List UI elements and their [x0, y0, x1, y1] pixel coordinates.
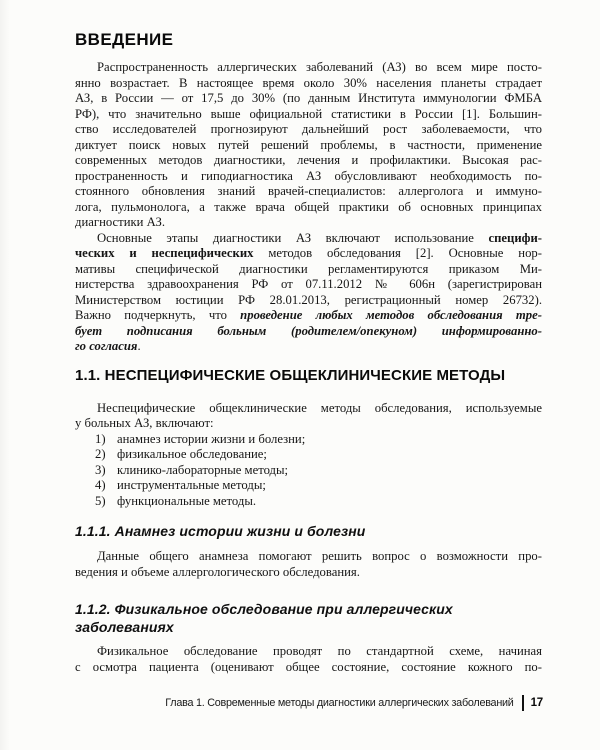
- list-item-number: 1): [95, 432, 117, 448]
- text-line: мативы специфической диагностики регламе…: [75, 262, 542, 278]
- subsection-1-1-2-heading: 1.1.2. Физикальное обследование при алле…: [75, 600, 542, 636]
- text-line: Физикальное обследование проводят по ста…: [75, 644, 542, 660]
- footer-divider: [522, 695, 524, 711]
- footer-chapter-title: Глава 1. Современные методы диагностики …: [165, 697, 513, 709]
- intro-paragraph-2: Основные этапы диагностики АЗ включают и…: [75, 231, 542, 355]
- text-line: с осмотра пациента (оценивают общее сост…: [75, 660, 542, 676]
- text-line: Распространенность аллергических заболев…: [75, 60, 542, 76]
- text-line: диктует поиск новых путей решений пробле…: [75, 138, 542, 154]
- intro-paragraph-1: Распространенность аллергических заболев…: [75, 60, 542, 231]
- physical-exam-paragraph: Физикальное обследование проводят по ста…: [75, 644, 542, 675]
- list-item-text: инструментальные методы;: [117, 478, 266, 492]
- list-item-text: функциональные методы.: [117, 494, 256, 508]
- section-intro-paragraph: Неспецифические общеклинические методы о…: [75, 401, 542, 432]
- text-line: Данные общего анамнеза помогают решить в…: [75, 549, 542, 565]
- text-line: Основные этапы диагностики АЗ включают и…: [75, 231, 542, 247]
- list-item-number: 3): [95, 463, 117, 479]
- list-item-number: 2): [95, 447, 117, 463]
- text-line: ство исследователей прогнозируют дальней…: [75, 122, 542, 138]
- list-item: 3)клинико-лабораторные методы;: [75, 463, 542, 479]
- text-line: современных методов диагностики, лечения…: [75, 153, 542, 169]
- text-line: го согласия.: [75, 339, 542, 355]
- text-line: диагностики АЗ.: [75, 215, 542, 231]
- page-number: 17: [531, 697, 543, 709]
- text-line: пространенность и гиподиагностика АЗ обу…: [75, 169, 542, 185]
- list-item-text: клинико-лабораторные методы;: [117, 463, 288, 477]
- list-item: 5)функциональные методы.: [75, 494, 542, 510]
- text-line: АЗ, в России — от 17,5 до 30% (по данным…: [75, 91, 542, 107]
- subsection-heading-line-1: 1.1.2. Физикальное обследование при алле…: [75, 600, 542, 618]
- text-line: нистерства здравоохранения РФ от 07.11.2…: [75, 277, 542, 293]
- list-item-number: 4): [95, 478, 117, 494]
- subsection-1-1-1-heading: 1.1.1. Анамнез истории жизни и болезни: [75, 522, 542, 540]
- list-item: 2)физикальное обследование;: [75, 447, 542, 463]
- chapter-title: ВВЕДЕНИЕ: [75, 30, 542, 50]
- text-line: Министерством юстиции РФ 28.01.2013, рег…: [75, 293, 542, 309]
- page-edge-shadow: [0, 0, 10, 750]
- list-item-text: физикальное обследование;: [117, 447, 267, 461]
- methods-list: 1)анамнез истории жизни и болезни; 2)физ…: [75, 432, 542, 510]
- list-item-number: 5): [95, 494, 117, 510]
- text-line: Важно подчеркнуть, что проведение любых …: [75, 308, 542, 324]
- page-content: ВВЕДЕНИЕ Распространенность аллергически…: [75, 0, 542, 675]
- scanned-book-page: ВВЕДЕНИЕ Распространенность аллергически…: [0, 0, 600, 750]
- page-footer: Глава 1. Современные методы диагностики …: [165, 695, 543, 711]
- text-line: ческих и неспецифических методов обследо…: [75, 246, 542, 262]
- text-line: у больных АЗ, включают:: [75, 416, 542, 432]
- text-line: РФ), что значительно выше официальной ст…: [75, 107, 542, 123]
- text-line: янно возрастает. В настоящее время около…: [75, 76, 542, 92]
- anamnesis-paragraph: Данные общего анамнеза помогают решить в…: [75, 549, 542, 580]
- list-item: 1)анамнез истории жизни и болезни;: [75, 432, 542, 448]
- text-line: лога, пульмонолога, а также врача общей …: [75, 200, 542, 216]
- text-line: Неспецифические общеклинические методы о…: [75, 401, 542, 417]
- text-line: ведения и объеме аллергологического обсл…: [75, 565, 542, 581]
- list-item-text: анамнез истории жизни и болезни;: [117, 432, 305, 446]
- subsection-heading-line-2: заболеваниях: [75, 618, 542, 636]
- text-line: стоянного обновления знаний врачей-специ…: [75, 184, 542, 200]
- section-1-1-heading: 1.1. НЕСПЕЦИФИЧЕСКИЕ ОБЩЕКЛИНИЧЕСКИЕ МЕТ…: [75, 366, 542, 386]
- text-line: бует подписания больным (родителем/опеку…: [75, 324, 542, 340]
- list-item: 4)инструментальные методы;: [75, 478, 542, 494]
